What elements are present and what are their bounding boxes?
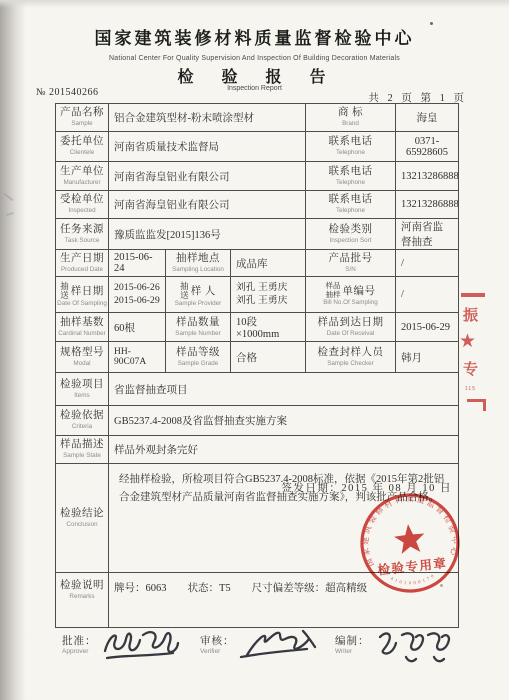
verifier-label: 审核： (200, 633, 235, 648)
edge-seal-corner (467, 399, 486, 411)
label-conclusion: 检验结论Conclusion (56, 464, 109, 573)
writer-block: 编制： Writer (335, 633, 458, 667)
row-inspected: 受检单位Inspected 河南省海皇铝业有限公司 联系电话Telephone … (56, 191, 459, 219)
row-model: 规格型号Modal HH-90C07A 样品等级Sample Grade 合格 … (56, 342, 459, 373)
label-task-source: 任务来源Task Source (56, 219, 109, 250)
report-title: 检 验 报 告 (0, 64, 509, 87)
row-task-source: 任务来源Task Source 豫质监监发[2015]136号 检验类别Insp… (56, 219, 459, 250)
row-criteria: 检验依据Criteria GB5237.4-2008及省监督抽查实施方案 (56, 406, 459, 436)
star-icon: ★ (459, 332, 476, 351)
label-sampling-location: 抽样地点Sampling Location (166, 250, 231, 277)
row-sample-state: 样品描述Sample State 样品外观封条完好 (56, 436, 459, 464)
approver-signature (99, 625, 181, 667)
value-sampling-dates: 2015-06-262015-06-29 (109, 277, 166, 313)
approver-label-english: Approver (62, 648, 97, 655)
writer-label-english: Writer (335, 648, 370, 655)
label-sample-provider: 抽送样 人 Sample Provider (166, 277, 231, 313)
row-manufacturer: 生产单位Manufacturer 河南省海皇铝业有限公司 联系电话Telepho… (56, 162, 459, 191)
value-items: 省监督抽查项目 (109, 373, 459, 406)
label-inspected-phone: 联系电话Telephone (306, 191, 396, 219)
label-sample-checker: 检查封样人员Sample Checker (306, 342, 396, 373)
value-sampling-location: 成品库 (231, 250, 306, 277)
value-sample-state: 样品外观封条完好 (109, 436, 459, 464)
report-number: № 201540266 (36, 87, 99, 98)
row-product-name: 产品名称Sample 铝合金建筑型材-粉末喷涂型材 商 标Brand 海皇 (56, 104, 459, 132)
label-inspected: 受检单位Inspected (56, 191, 109, 219)
approver-label: 批准： (62, 633, 97, 648)
value-manufacturer-phone: 13213286888 (396, 162, 459, 191)
value-sample-number: 10段×1000mm (231, 313, 306, 342)
label-remarks: 检验说明Remarks (56, 573, 109, 628)
label-inspection-sort: 检验类别Inspection Sort (306, 219, 396, 250)
value-clientele-phone: 0371-65928605 (396, 132, 459, 162)
value-inspected-phone: 13213286888 (396, 191, 459, 219)
value-model: HH-90C07A (109, 342, 166, 373)
value-sample-grade: 合格 (231, 342, 306, 373)
label-product-name: 产品名称Sample (56, 104, 109, 132)
label-criteria: 检验依据Criteria (56, 406, 109, 436)
edge-seal-char-top: 振 (463, 304, 478, 325)
label-brand: 商 标Brand (306, 104, 396, 132)
row-clientele: 委托单位Clientele 河南省质量技术监督局 联系电话Telephone 0… (56, 132, 459, 162)
edge-seal-bar (461, 293, 485, 297)
label-sample-number: 样品数量Sample Number (166, 313, 231, 342)
row-sampling-date: 抽送样日期 Date Of Sampling 2015-06-262015-06… (56, 277, 459, 313)
org-title: 国家建筑装修材料质量监督检验中心 (0, 24, 509, 49)
value-sample-providers: 刘孔 王勇庆刘孔 王勇庆 (231, 277, 306, 313)
value-criteria: GB5237.4-2008及省监督抽查实施方案 (109, 406, 459, 436)
value-cardinal-number: 60根 (109, 313, 166, 342)
label-cardinal-number: 抽样基数Cardinal Number (56, 313, 109, 342)
value-produced-date: 2015-06-24 (109, 250, 166, 277)
scan-top-shadow (0, 0, 509, 8)
edge-seal-fragment: 振 ★ 专 115 (457, 293, 507, 445)
label-sample-grade: 样品等级Sample Grade (166, 342, 231, 373)
value-product-name: 铝合金建筑型材-粉末喷涂型材 (109, 104, 306, 132)
scan-left-shadow (0, 0, 26, 700)
label-sampling-date: 抽送样日期 Date Of Sampling (56, 277, 109, 313)
label-items: 检验项目Items (56, 373, 109, 406)
value-task-source: 豫质监监发[2015]136号 (109, 219, 306, 250)
value-inspected: 河南省海皇铝业有限公司 (109, 191, 306, 219)
approver-block: 批准： Approver (62, 633, 181, 667)
label-manufacturer: 生产单位Manufacturer (56, 162, 109, 191)
value-sample-checker: 韩月 (396, 342, 459, 373)
official-seal: 国家建筑装修材料质量监督检验中心 检验专用章 4101000170 (351, 484, 470, 603)
label-sample-state: 样品描述Sample State (56, 436, 109, 464)
edge-seal-char-bottom: 专 (463, 358, 478, 379)
label-model: 规格型号Modal (56, 342, 109, 373)
label-manufacturer-phone: 联系电话Telephone (306, 162, 396, 191)
row-cardinal-number: 抽样基数Cardinal Number 60根 样品数量Sample Numbe… (56, 313, 459, 342)
verifier-block: 审核： Verifier (200, 633, 327, 667)
value-inspection-sort: 河南省监督抽查 (396, 219, 459, 250)
value-receival-date: 2015-06-29 (396, 313, 459, 342)
writer-signature (372, 625, 458, 667)
label-produced-date: 生产日期Produced Date (56, 250, 109, 277)
seal-bottom-text: 检验专用章 (377, 555, 448, 577)
row-produced-date: 生产日期Produced Date 2015-06-24 抽样地点Samplin… (56, 250, 459, 277)
value-brand: 海皇 (396, 104, 459, 132)
label-receival-date: 样品到达日期Date Of Receival (306, 313, 396, 342)
label-clientele-phone: 联系电话Telephone (306, 132, 396, 162)
verifier-label-english: Verifier (200, 648, 235, 655)
label-sampling-bill-no: 样品抽样单编号 Bill No.Of Sampling (306, 277, 396, 313)
value-clientele: 河南省质量技术监督局 (109, 132, 306, 162)
org-title-english: National Center For Quality Supervision … (0, 55, 509, 62)
edge-seal-digits: 115 (465, 386, 476, 392)
label-clientele: 委托单位Clientele (56, 132, 109, 162)
label-product-batch: 产品批号S/N (306, 250, 396, 277)
star-icon (393, 523, 426, 555)
verifier-signature (237, 625, 327, 667)
value-manufacturer: 河南省海皇铝业有限公司 (109, 162, 306, 191)
writer-label: 编制： (335, 633, 370, 648)
value-product-batch: / (396, 250, 459, 277)
value-sampling-bill-no: / (396, 277, 459, 313)
row-items: 检验项目Items 省监督抽查项目 (56, 373, 459, 406)
